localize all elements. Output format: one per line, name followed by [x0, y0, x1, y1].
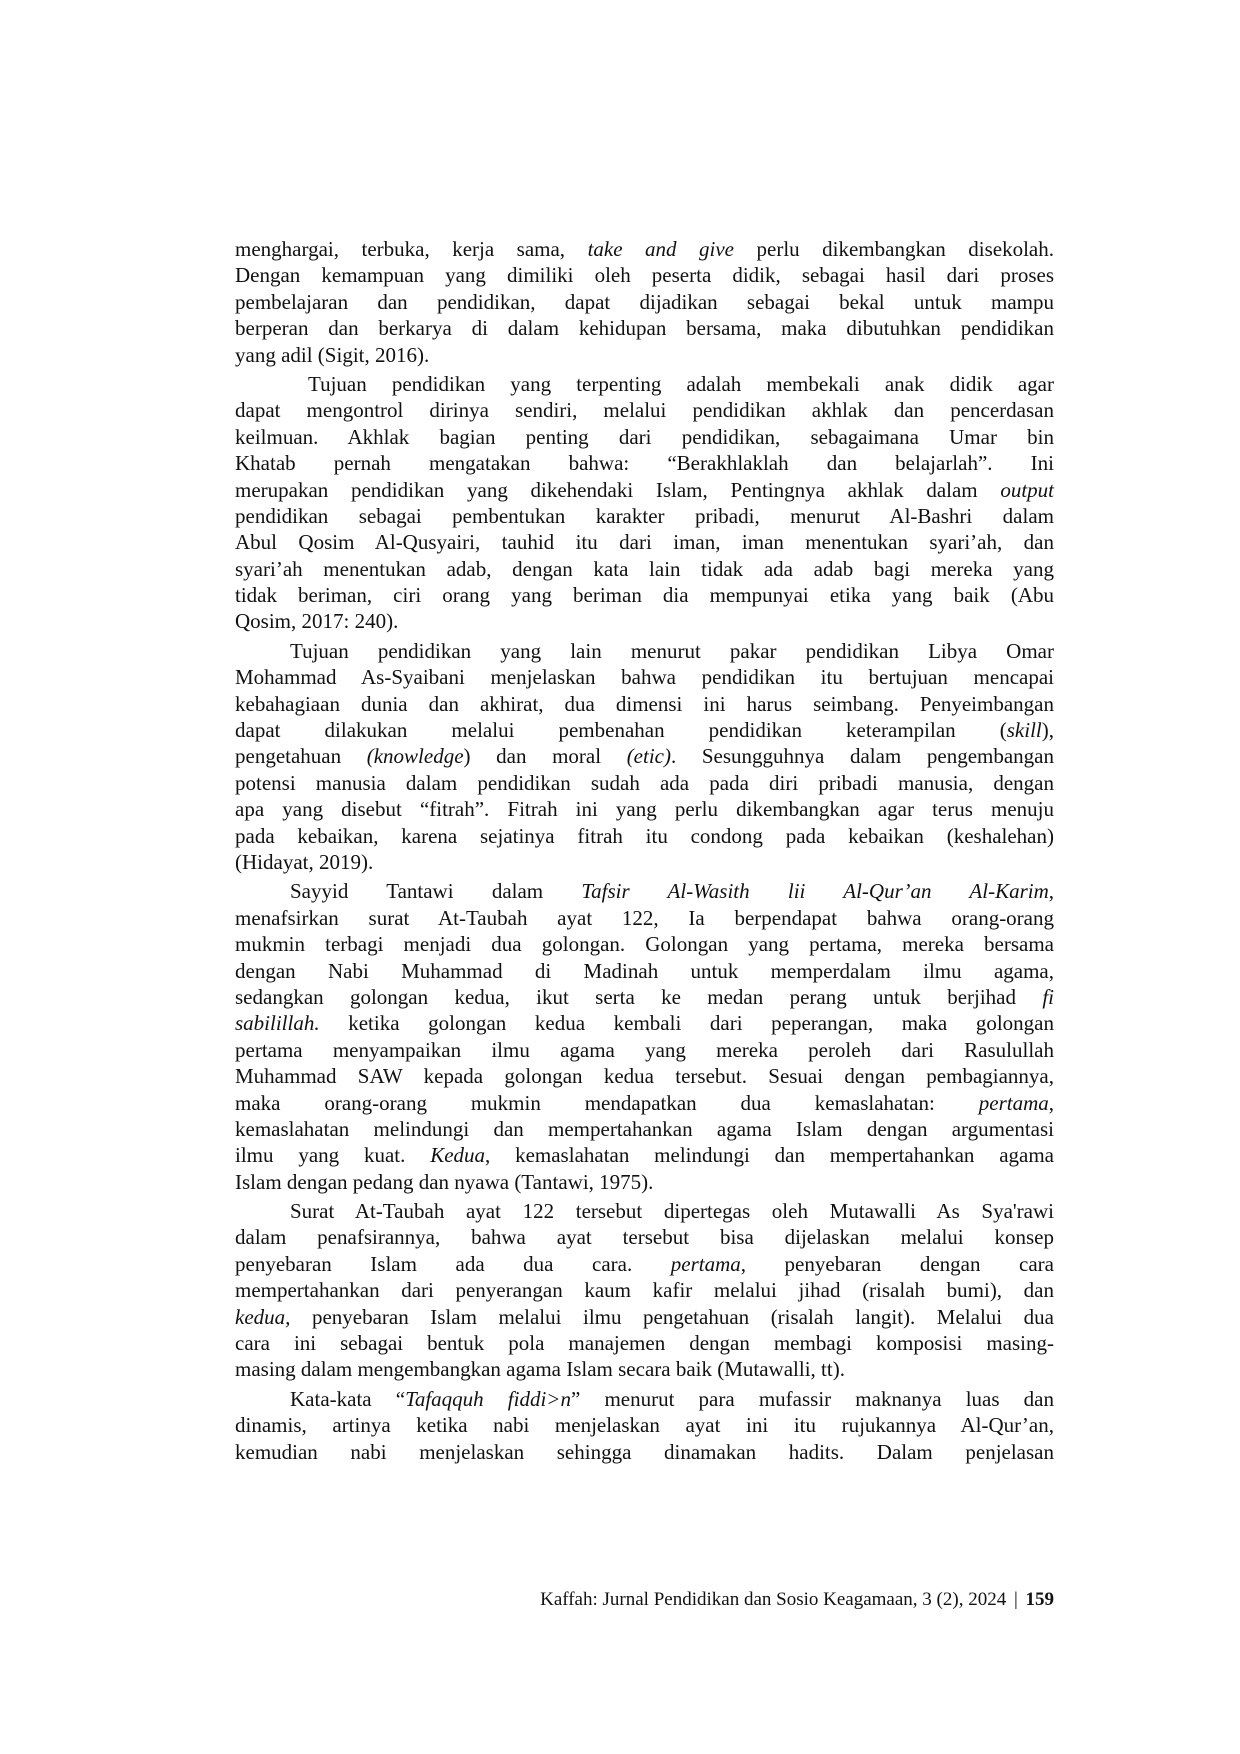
- text-line: berperan dan berkarya di dalam kehidupan…: [235, 315, 1054, 341]
- italic-text: Kedua: [430, 1143, 485, 1167]
- text-run: dapat mengontrol dirinya sendiri, melalu…: [235, 398, 1054, 422]
- text-run: Sayyid Tantawi dalam: [290, 879, 581, 903]
- text-run: Qosim, 2017: 240).: [235, 609, 398, 633]
- text-run: Mohammad As-Syaibani menjelaskan bahwa p…: [235, 665, 1054, 689]
- text-line: mempertahankan dari penyerangan kaum kaf…: [235, 1277, 1054, 1303]
- text-line: dapat mengontrol dirinya sendiri, melalu…: [235, 397, 1054, 423]
- text-run: mukmin terbagi menjadi dua golongan. Gol…: [235, 932, 1054, 956]
- text-run: yang adil (Sigit, 2016).: [235, 343, 429, 367]
- journal-citation: Kaffah: Jurnal Pendidikan dan Sosio Keag…: [540, 1589, 1006, 1610]
- text-line: merupakan pendidikan yang dikehendaki Is…: [235, 477, 1054, 503]
- footer-separator: |: [1011, 1589, 1021, 1610]
- text-line: pengetahuan (knowledge) dan moral (etic)…: [235, 743, 1054, 769]
- text-line: pembelajaran dan pendidikan, dapat dijad…: [235, 289, 1054, 315]
- text-run: Dengan kemampuan yang dimiliki oleh pese…: [235, 263, 1054, 287]
- text-run: Abul Qosim Al-Qusyairi, tauhid itu dari …: [235, 530, 1054, 554]
- italic-text: output: [1000, 478, 1054, 502]
- text-run: ,: [1049, 1091, 1054, 1115]
- text-line: Islam dengan pedang dan nyawa (Tantawi, …: [235, 1169, 1054, 1195]
- text-run: berperan dan berkarya di dalam kehidupan…: [235, 316, 1054, 340]
- text-line: yang adil (Sigit, 2016).: [235, 342, 1054, 368]
- text-line: Tujuan pendidikan yang lain menurut paka…: [235, 638, 1054, 664]
- text-line: Dengan kemampuan yang dimiliki oleh pese…: [235, 262, 1054, 288]
- text-line: Kata-kata “Tafaqquh fiddi>n” menurut par…: [235, 1386, 1054, 1412]
- text-line: syari’ah menentukan adab, dengan kata la…: [235, 556, 1054, 582]
- italic-text: Tafaqquh fiddi>n: [405, 1387, 571, 1411]
- italic-text: fi: [1042, 985, 1054, 1009]
- text-run: ” menurut para mufassir maknanya luas da…: [571, 1387, 1054, 1411]
- text-line: kemudian nabi menjelaskan sehingga dinam…: [235, 1439, 1054, 1465]
- text-run: kemudian nabi menjelaskan sehingga dinam…: [235, 1440, 1054, 1464]
- italic-text: skill: [1007, 718, 1042, 742]
- text-line: Abul Qosim Al-Qusyairi, tauhid itu dari …: [235, 529, 1054, 555]
- text-line: penyebaran Islam ada dua cara. pertama, …: [235, 1251, 1054, 1277]
- text-line: (Hidayat, 2019).: [235, 849, 1054, 875]
- text-run: pertama menyampaikan ilmu agama yang mer…: [235, 1038, 1054, 1062]
- text-run: ,: [1049, 879, 1054, 903]
- text-run: Islam dengan pedang dan nyawa (Tantawi, …: [235, 1170, 653, 1194]
- text-run: ketika golongan kedua kembali dari peper…: [320, 1011, 1054, 1035]
- text-line: pada kebaikan, karena sejatinya fitrah i…: [235, 823, 1054, 849]
- italic-text: sabilillah.: [235, 1011, 320, 1035]
- text-line: dengan Nabi Muhammad di Madinah untuk me…: [235, 958, 1054, 984]
- text-line: sedangkan golongan kedua, ikut serta ke …: [235, 984, 1054, 1010]
- text-run: pembelajaran dan pendidikan, dapat dijad…: [235, 290, 1054, 314]
- text-run: ),: [1042, 718, 1054, 742]
- text-line: dalam penafsirannya, bahwa ayat tersebut…: [235, 1224, 1054, 1250]
- paragraph-p1: menghargai, terbuka, kerja sama, take an…: [235, 236, 1054, 368]
- text-run: syari’ah menentukan adab, dengan kata la…: [235, 557, 1054, 581]
- text-run: dapat dilakukan melalui pembenahan pendi…: [235, 718, 1007, 742]
- body-text: menghargai, terbuka, kerja sama, take an…: [235, 236, 1054, 1465]
- text-line: tidak beriman, ciri orang yang beriman d…: [235, 582, 1054, 608]
- text-line: Mohammad As-Syaibani menjelaskan bahwa p…: [235, 664, 1054, 690]
- text-line: Tujuan pendidikan yang terpenting adalah…: [235, 371, 1054, 397]
- text-run: (Hidayat, 2019).: [235, 850, 373, 874]
- text-run: tidak beriman, ciri orang yang beriman d…: [235, 583, 1054, 607]
- text-run: penyebaran Islam ada dua cara.: [235, 1252, 671, 1276]
- text-line: apa yang disebut “fitrah”. Fitrah ini ya…: [235, 796, 1054, 822]
- text-run: , penyebaran dengan cara: [741, 1252, 1054, 1276]
- text-line: Qosim, 2017: 240).: [235, 608, 1054, 634]
- text-line: kedua, penyebaran Islam melalui ilmu pen…: [235, 1304, 1054, 1330]
- italic-text: take and give: [588, 237, 734, 261]
- text-run: menghargai, terbuka, kerja sama,: [235, 237, 588, 261]
- text-run: pengetahuan: [235, 744, 367, 768]
- paragraph-p6: Kata-kata “Tafaqquh fiddi>n” menurut par…: [235, 1386, 1054, 1465]
- text-run: perlu dikembangkan disekolah.: [734, 237, 1054, 261]
- text-line: Surat At-Taubah ayat 122 tersebut dipert…: [235, 1198, 1054, 1224]
- text-run: apa yang disebut “fitrah”. Fitrah ini ya…: [235, 797, 1054, 821]
- text-line: dinamis, artinya ketika nabi menjelaskan…: [235, 1412, 1054, 1438]
- text-run: pendidikan sebagai pembentukan karakter …: [235, 504, 1054, 528]
- text-line: cara ini sebagai bentuk pola manajemen d…: [235, 1330, 1054, 1356]
- italic-text: (etic): [627, 744, 671, 768]
- text-run: maka orang-orang mukmin mendapatkan dua …: [235, 1091, 979, 1115]
- text-run: pada kebaikan, karena sejatinya fitrah i…: [235, 824, 1054, 848]
- text-line: potensi manusia dalam pendidikan sudah a…: [235, 770, 1054, 796]
- paragraph-p5: Surat At-Taubah ayat 122 tersebut dipert…: [235, 1198, 1054, 1383]
- text-run: Muhammad SAW kepada golongan kedua terse…: [235, 1064, 1054, 1088]
- text-run: cara ini sebagai bentuk pola manajemen d…: [235, 1331, 1054, 1355]
- text-run: Khatab pernah mengatakan bahwa: “Berakhl…: [235, 451, 1054, 475]
- text-line: sabilillah. ketika golongan kedua kembal…: [235, 1010, 1054, 1036]
- text-run: mempertahankan dari penyerangan kaum kaf…: [235, 1278, 1054, 1302]
- italic-text: Tafsir Al-Wasith lii Al-Qur’an Al-Karim: [581, 879, 1048, 903]
- text-line: menghargai, terbuka, kerja sama, take an…: [235, 236, 1054, 262]
- italic-text: pertama: [671, 1252, 741, 1276]
- paragraph-p2: Tujuan pendidikan yang terpenting adalah…: [235, 371, 1054, 635]
- page-number: 159: [1026, 1589, 1055, 1610]
- paragraph-p3: Tujuan pendidikan yang lain menurut paka…: [235, 638, 1054, 876]
- text-line: keilmuan. Akhlak bagian penting dari pen…: [235, 424, 1054, 450]
- text-run: ilmu yang kuat.: [235, 1143, 430, 1167]
- text-run: dengan Nabi Muhammad di Madinah untuk me…: [235, 959, 1054, 983]
- text-run: menafsirkan surat At-Taubah ayat 122, Ia…: [235, 906, 1054, 930]
- text-run: keilmuan. Akhlak bagian penting dari pen…: [235, 425, 1054, 449]
- text-line: kemaslahatan melindungi dan mempertahank…: [235, 1116, 1054, 1142]
- text-run: kemaslahatan melindungi dan mempertahank…: [235, 1117, 1054, 1141]
- text-line: pendidikan sebagai pembentukan karakter …: [235, 503, 1054, 529]
- text-line: Sayyid Tantawi dalam Tafsir Al-Wasith li…: [235, 878, 1054, 904]
- text-run: Surat At-Taubah ayat 122 tersebut dipert…: [290, 1199, 1054, 1223]
- text-line: ilmu yang kuat. Kedua, kemaslahatan meli…: [235, 1142, 1054, 1168]
- text-run: ) dan moral: [464, 744, 627, 768]
- text-line: Khatab pernah mengatakan bahwa: “Berakhl…: [235, 450, 1054, 476]
- text-line: masing dalam mengembangkan agama Islam s…: [235, 1356, 1054, 1382]
- italic-text: pertama: [979, 1091, 1049, 1115]
- page-footer: Kaffah: Jurnal Pendidikan dan Sosio Keag…: [446, 1589, 1054, 1611]
- text-line: Muhammad SAW kepada golongan kedua terse…: [235, 1063, 1054, 1089]
- text-run: Tujuan pendidikan yang terpenting adalah…: [308, 372, 1054, 396]
- text-line: mukmin terbagi menjadi dua golongan. Gol…: [235, 931, 1054, 957]
- text-run: dalam penafsirannya, bahwa ayat tersebut…: [235, 1225, 1054, 1249]
- text-run: penyebaran Islam melalui ilmu pengetahua…: [290, 1305, 1054, 1329]
- text-run: merupakan pendidikan yang dikehendaki Is…: [235, 478, 1000, 502]
- text-line: kebahagiaan dunia dan akhirat, dua dimen…: [235, 691, 1054, 717]
- italic-text: kedua,: [235, 1305, 290, 1329]
- text-line: maka orang-orang mukmin mendapatkan dua …: [235, 1090, 1054, 1116]
- text-run: . Sesungguhnya dalam pengembangan: [671, 744, 1054, 768]
- text-run: Tujuan pendidikan yang lain menurut paka…: [290, 639, 1054, 663]
- text-run: masing dalam mengembangkan agama Islam s…: [235, 1357, 845, 1381]
- paragraph-p4: Sayyid Tantawi dalam Tafsir Al-Wasith li…: [235, 878, 1054, 1195]
- text-run: , kemaslahatan melindungi dan mempertaha…: [485, 1143, 1054, 1167]
- text-run: dinamis, artinya ketika nabi menjelaskan…: [235, 1413, 1054, 1437]
- text-line: pertama menyampaikan ilmu agama yang mer…: [235, 1037, 1054, 1063]
- italic-text: (knowledge: [367, 744, 464, 768]
- text-run: sedangkan golongan kedua, ikut serta ke …: [235, 985, 1042, 1009]
- text-line: menafsirkan surat At-Taubah ayat 122, Ia…: [235, 905, 1054, 931]
- text-line: dapat dilakukan melalui pembenahan pendi…: [235, 717, 1054, 743]
- text-run: potensi manusia dalam pendidikan sudah a…: [235, 771, 1054, 795]
- document-page: menghargai, terbuka, kerja sama, take an…: [0, 0, 1240, 1754]
- text-run: kebahagiaan dunia dan akhirat, dua dimen…: [235, 692, 1054, 716]
- text-run: Kata-kata “: [290, 1387, 405, 1411]
